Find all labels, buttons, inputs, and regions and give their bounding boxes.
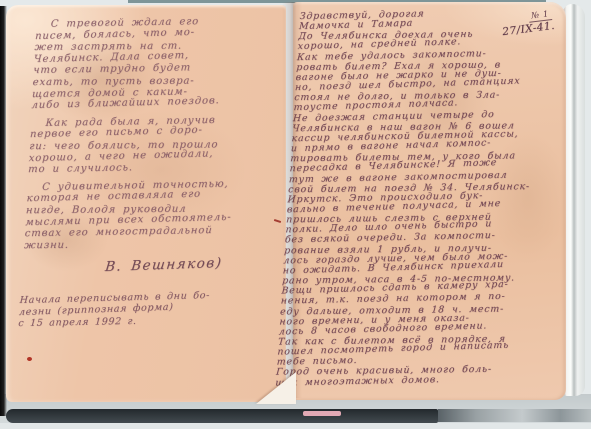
page-stack-edge [563,4,585,396]
red-ink-dot [27,357,32,361]
postscript-note: Начала переписывать в дни бо-лезни (грип… [18,290,210,330]
letter-header: № 1 27/IX-41. [499,1,555,38]
letter-photo: С тревогой ждала егописем, боялась, что … [0,0,591,429]
handwritten-line: жизни. [24,238,265,252]
background-bottom-strip [0,423,591,429]
page-corner-fold [256,372,296,404]
notebook-gutter [282,2,302,398]
handwritten-line: с 15 апреля 1992 г. [18,315,209,330]
signature: В. Вешняков) [104,255,223,275]
right-page: № 1 27/IX-41. Здравствуй, дорогаяМамочка… [293,2,566,400]
notebook-bottom-shadow [6,409,438,423]
paragraph: С удивительной точностью,которая не оста… [24,178,268,252]
pink-page-edge-mark [303,411,341,416]
notebook-bottom-shadow-right [438,409,591,422]
left-page: С тревогой ждала егописем, боялась, что … [6,5,286,402]
paragraph: С тревогой ждала егописем, боялась, что … [31,15,276,112]
handwritten-line: ехать, то пусть возвра- [32,75,273,89]
right-page-text: Здравствуй, дорогаяМамочка и ТамараДо Че… [275,6,564,388]
paragraph: Как рада была я, получивпервое его письм… [28,114,271,176]
left-page-text: С тревогой ждала егописем, боялась, что … [23,15,275,258]
